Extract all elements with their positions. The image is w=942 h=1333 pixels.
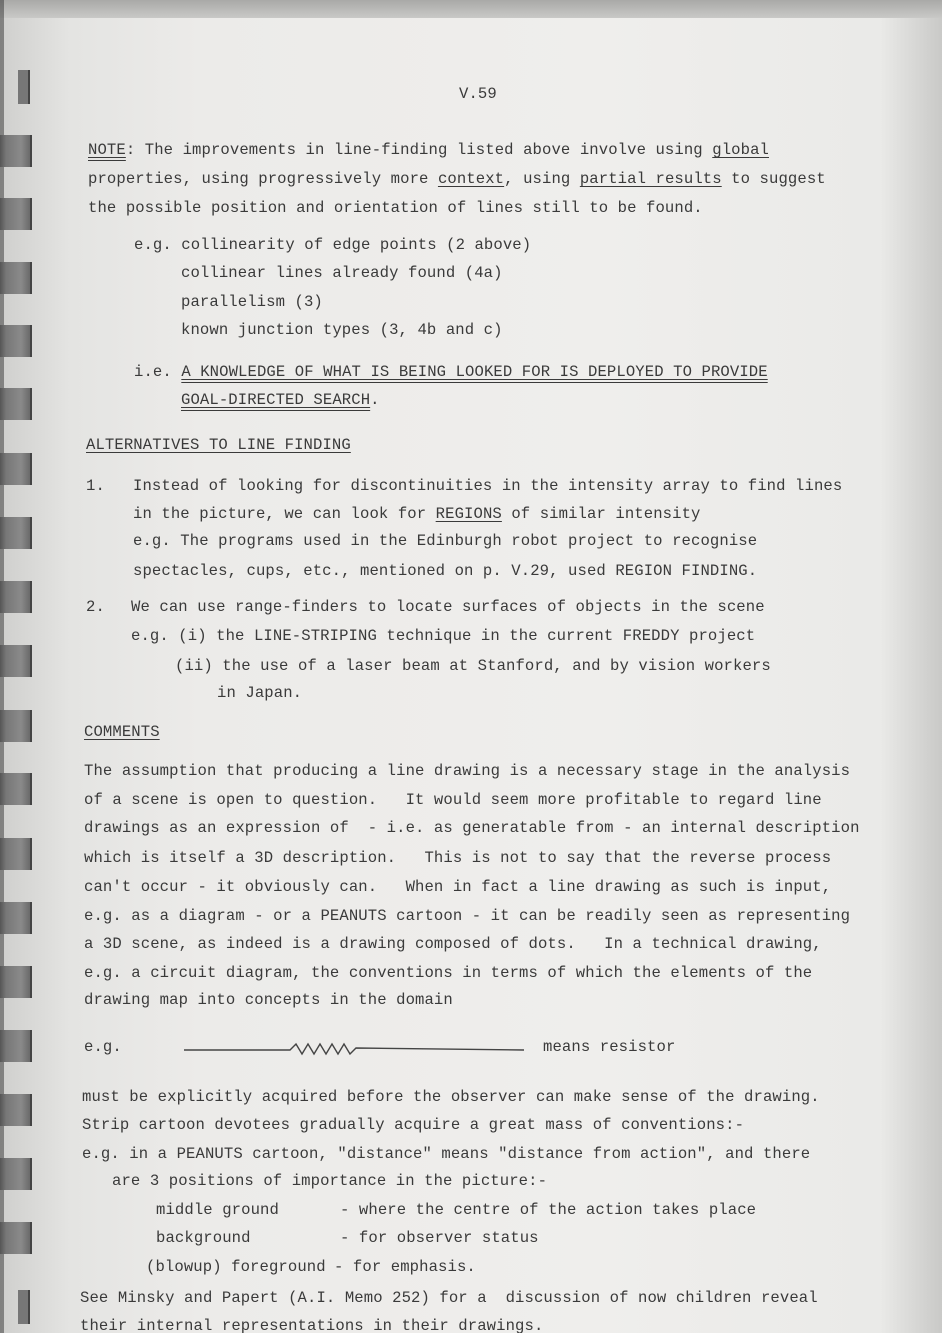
position-desc: - where the centre of the action takes p… (340, 1200, 756, 1220)
alt2-line-4: in Japan. (217, 683, 302, 703)
emphasis-partial-results: partial results (580, 170, 722, 188)
comment-line: must be explicitly acquired before the o… (82, 1087, 820, 1107)
comment-line: e.g. a circuit diagram, the conventions … (84, 963, 812, 983)
note-line-1: NOTE: The improvements in line-finding l… (88, 140, 769, 160)
comments-heading: COMMENTS (84, 722, 160, 742)
note-label: NOTE (88, 141, 126, 159)
comment-line: e.g. in a PEANUTS cartoon, "distance" me… (82, 1144, 810, 1164)
binding-ring (0, 262, 32, 294)
binding-ring (0, 1094, 32, 1126)
binding-ring (0, 581, 32, 613)
binding-ring (0, 838, 32, 870)
resistor-eg-label: e.g. (84, 1037, 122, 1057)
spiral-binding (0, 0, 40, 1333)
emphasis-context: context (438, 170, 504, 188)
ie-line-1: i.e. A KNOWLEDGE OF WHAT IS BEING LOOKED… (134, 362, 768, 382)
binding-ring (0, 325, 32, 357)
comment-line: drawings as an expression of - i.e. as g… (84, 818, 860, 838)
binding-ring (0, 1030, 32, 1062)
position-desc: - for observer status (340, 1228, 539, 1248)
example-item: collinear lines already found (4a) (181, 263, 503, 283)
list-number: 2. (86, 597, 105, 617)
position-name: (blowup) foreground (146, 1257, 326, 1277)
alt1-line-2: in the picture, we can look for REGIONS … (133, 504, 701, 524)
note-line-2: properties, using progressively more con… (88, 169, 826, 189)
binding-ring (0, 1222, 32, 1254)
reference-line: See Minsky and Papert (A.I. Memo 252) fo… (80, 1288, 818, 1308)
binding-ring (0, 198, 32, 230)
reference-line: their internal representations in their … (80, 1316, 543, 1333)
comment-line: e.g. as a diagram - or a PEANUTS cartoon… (84, 906, 850, 926)
position-name: middle ground (156, 1200, 279, 1220)
binding-ring (0, 710, 32, 742)
alt1-line-1: Instead of looking for discontinuities i… (133, 476, 842, 496)
alt2-line-3: (ii) the use of a laser beam at Stanford… (175, 656, 771, 676)
position-desc: - for emphasis. (334, 1257, 476, 1277)
comment-line: The assumption that producing a line dra… (84, 761, 850, 781)
comment-line: a 3D scene, as indeed is a drawing compo… (84, 934, 822, 954)
goal-directed-statement: A KNOWLEDGE OF WHAT IS BEING LOOKED FOR … (181, 363, 767, 381)
comment-line: of a scene is open to question. It would… (84, 790, 822, 810)
alt1-line-3: e.g. The programs used in the Edinburgh … (133, 531, 757, 551)
position-name: background (156, 1228, 251, 1248)
binding-ring (0, 645, 32, 677)
ie-line-2: GOAL-DIRECTED SEARCH. (181, 390, 380, 410)
comment-line: can't occur - it obviously can. When in … (84, 877, 831, 897)
binding-ring (0, 453, 32, 485)
comment-line: Strip cartoon devotees gradually acquire… (82, 1115, 744, 1135)
binding-ring (0, 388, 32, 420)
binding-ring (0, 135, 32, 167)
binding-ring (18, 1290, 30, 1324)
alternatives-heading: ALTERNATIVES TO LINE FINDING (86, 435, 351, 455)
binding-ring (0, 517, 32, 549)
resistor-meaning: means resistor (543, 1037, 675, 1057)
binding-ring (0, 966, 32, 998)
alt2-line-2: e.g. (i) the LINE-STRIPING technique in … (131, 626, 755, 646)
list-number: 1. (86, 476, 105, 496)
note-line-3: the possible position and orientation of… (88, 198, 703, 218)
binding-ring (0, 1158, 32, 1190)
alt2-line-1: We can use range-finders to locate surfa… (131, 597, 765, 617)
binding-ring (18, 70, 30, 104)
scan-top-edge (0, 0, 942, 18)
emphasis-regions: REGIONS (436, 505, 502, 523)
page-number: V.59 (459, 84, 497, 104)
example-item: e.g. collinearity of edge points (2 abov… (134, 235, 531, 255)
example-item: known junction types (3, 4b and c) (181, 320, 503, 340)
binding-ring (0, 773, 32, 805)
comment-line: drawing map into concepts in the domain (84, 990, 453, 1010)
resistor-symbol-icon (184, 1038, 524, 1058)
comment-line: are 3 positions of importance in the pic… (112, 1171, 547, 1191)
binding-ring (0, 902, 32, 934)
example-item: parallelism (3) (181, 292, 323, 312)
emphasis-global: global (712, 141, 769, 159)
comment-line: which is itself a 3D description. This i… (84, 848, 831, 868)
alt1-line-4: spectacles, cups, etc., mentioned on p. … (133, 561, 757, 581)
